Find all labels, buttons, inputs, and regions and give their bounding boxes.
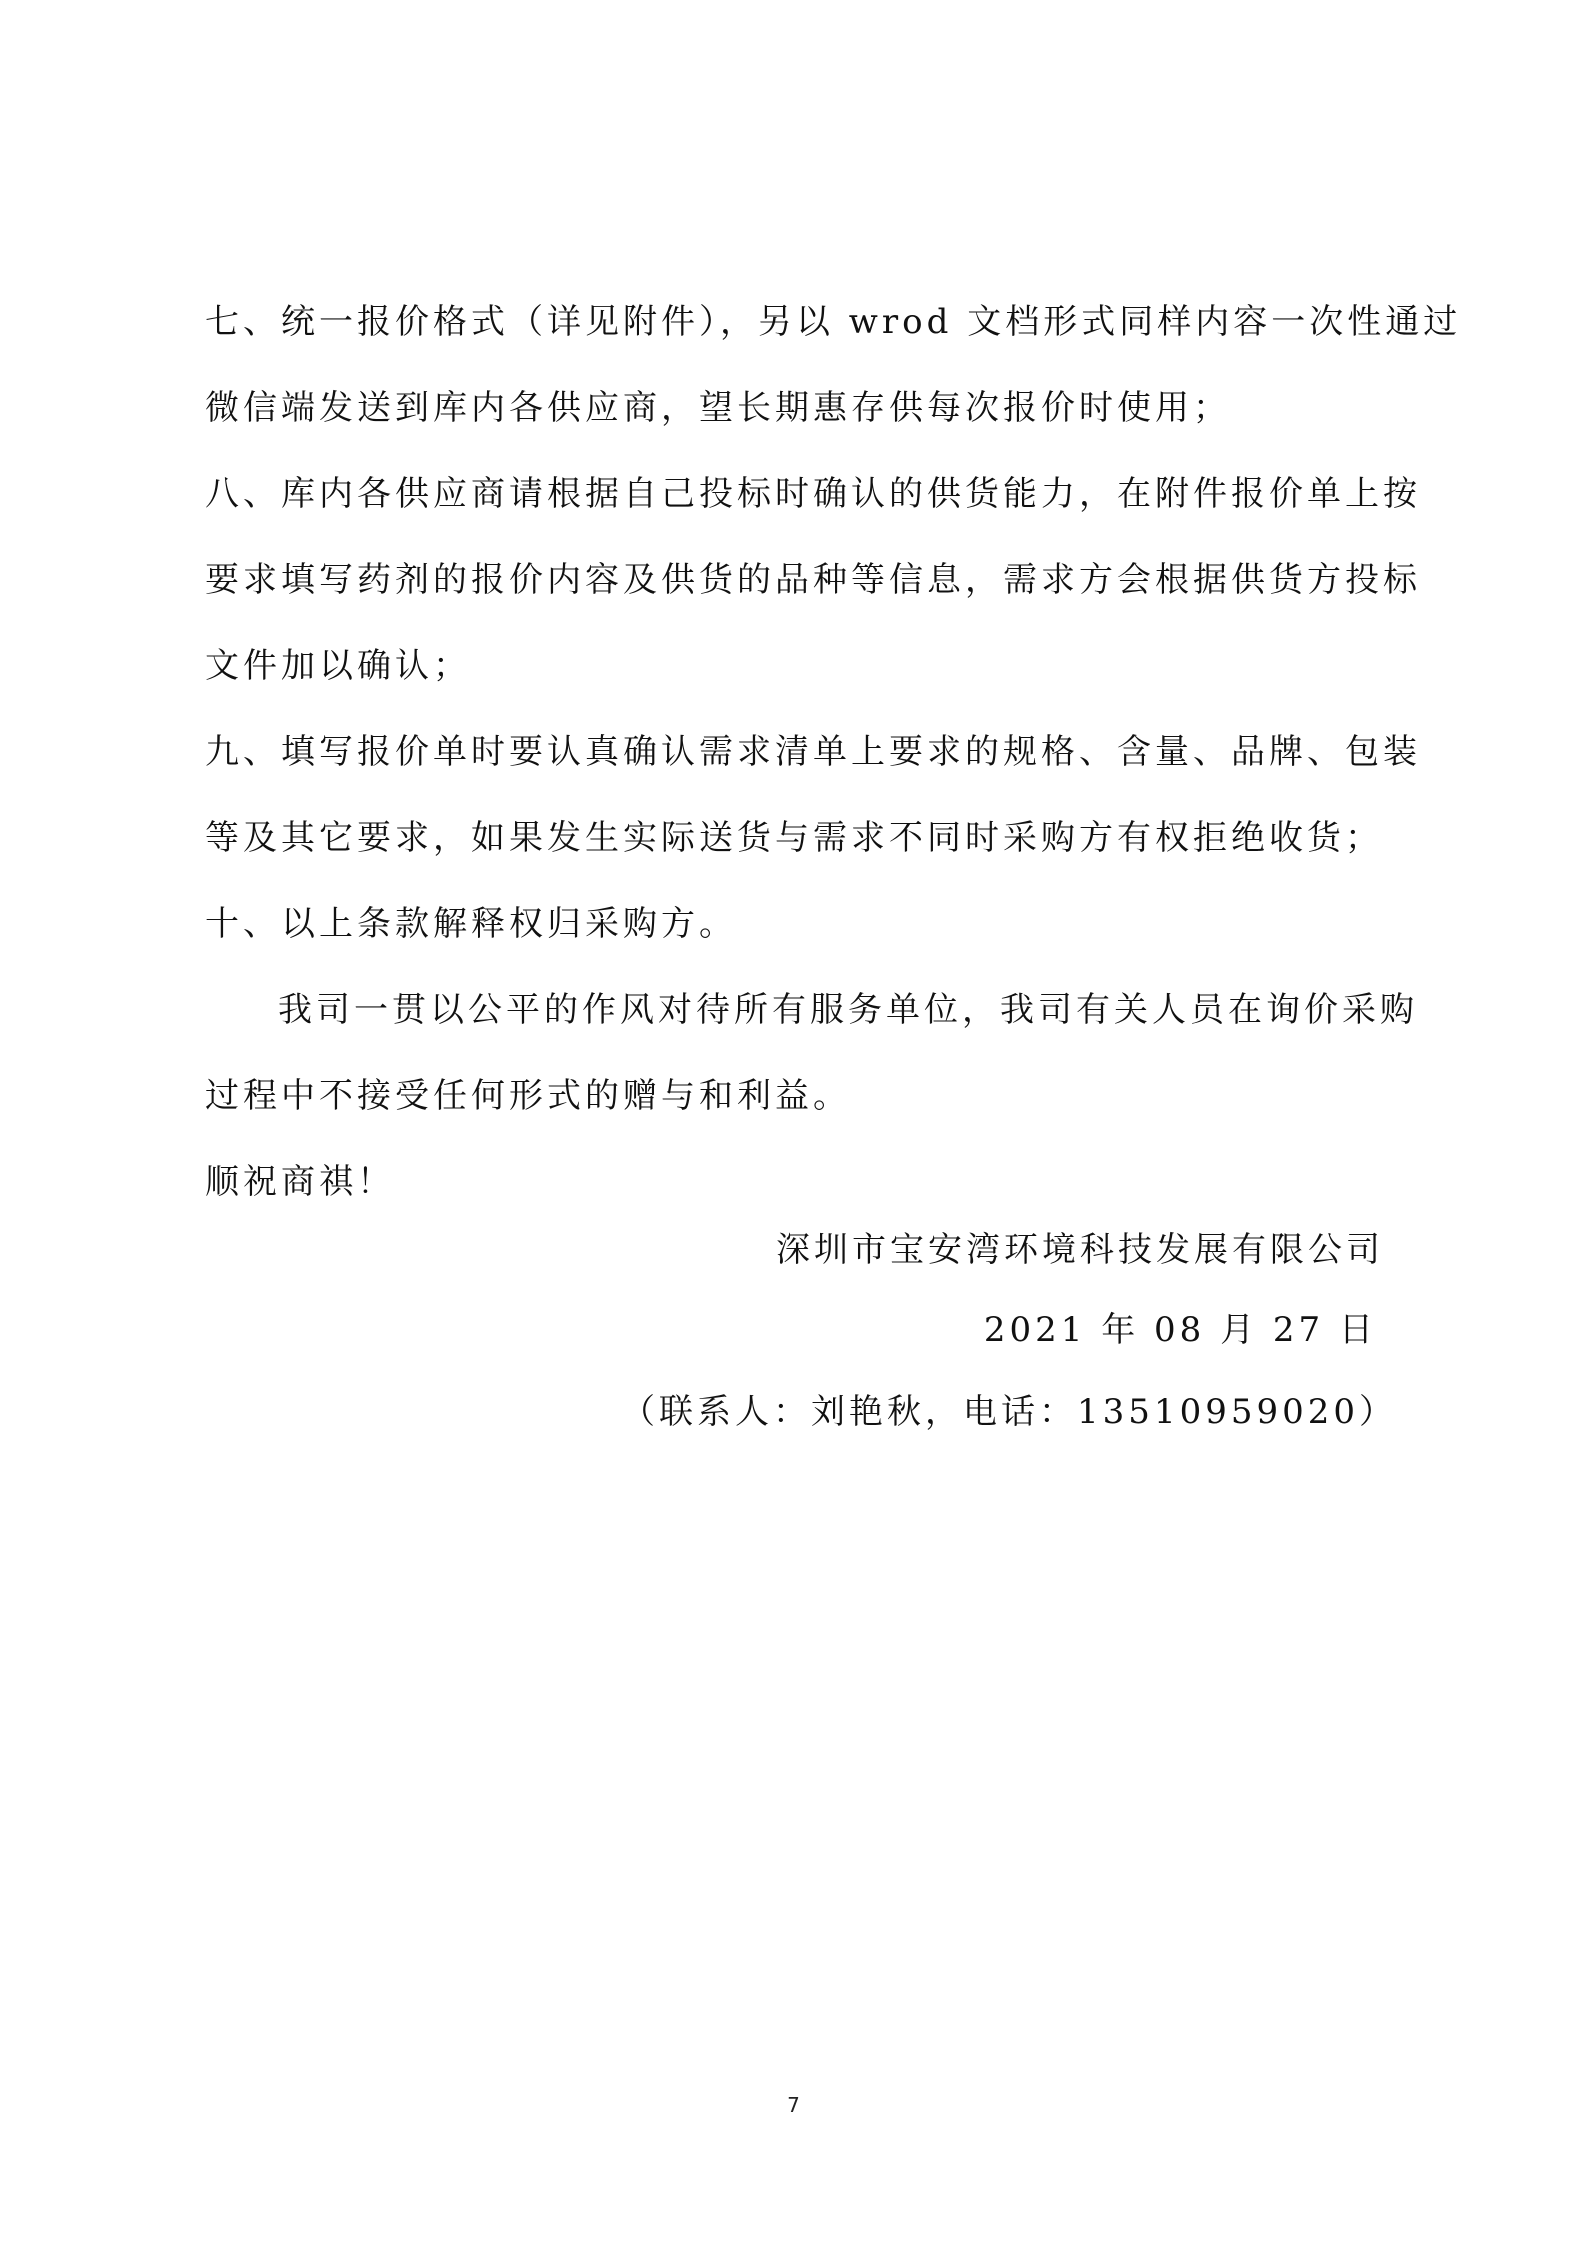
- clause-7-line-2: 微信端发送到库内各供应商，望长期惠存供每次报价时使用；: [205, 388, 1385, 428]
- page-number: 7: [0, 2093, 1587, 2117]
- clause-9-line-1: 九、填写报价单时要认真确认需求清单上要求的规格、含量、品牌、包装: [205, 732, 1385, 772]
- signature-date: 2021 年 08 月 27 日: [984, 1310, 1377, 1350]
- clause-8-line-2: 要求填写药剂的报价内容及供货的品种等信息，需求方会根据供货方投标: [205, 560, 1385, 600]
- clause-9-line-2: 等及其它要求，如果发生实际送货与需求不同时采购方有权拒绝收货；: [205, 818, 1385, 858]
- clause-7-line-1: 七、统一报价格式（详见附件），另以 wrod 文档形式同样内容一次性通过: [205, 302, 1385, 342]
- clause-8-line-3: 文件加以确认；: [205, 646, 1385, 686]
- signature-company: 深圳市宝安湾环境科技发展有限公司: [776, 1230, 1384, 1270]
- closing-salutation: 顺祝商祺！: [205, 1162, 1385, 1202]
- integrity-statement-line-2: 过程中不接受任何形式的赠与和利益。: [205, 1076, 1385, 1116]
- clause-10-line: 十、以上条款解释权归采购方。: [205, 904, 1385, 944]
- integrity-statement-line-1: 我司一贯以公平的作风对待所有服务单位，我司有关人员在询价采购: [278, 990, 1458, 1030]
- signature-contact: （联系人：刘艳秋，电话：13510959020）: [621, 1392, 1397, 1432]
- document-page: 七、统一报价格式（详见附件），另以 wrod 文档形式同样内容一次性通过 微信端…: [0, 0, 1587, 2245]
- clause-8-line-1: 八、库内各供应商请根据自己投标时确认的供货能力，在附件报价单上按: [205, 474, 1385, 514]
